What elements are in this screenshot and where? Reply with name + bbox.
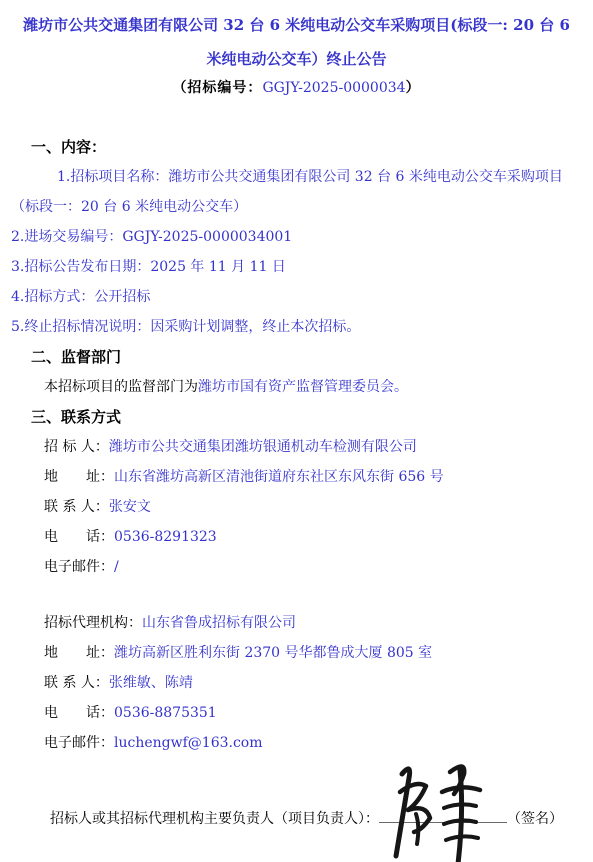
agency-row-contact-person: 联 系 人：张维敏、陈靖 (0, 668, 593, 698)
agency-address-value: 潍坊高新区胜利东街 2370 号华都鲁成大厦 805 室 (114, 645, 432, 661)
agency-name-value: 山东省鲁成招标有限公司 (142, 615, 296, 631)
tenderer-row-email: 电子邮件：/ (0, 552, 593, 582)
tender-number-code: GGJY-2025-0000034 (262, 80, 405, 96)
signature-line: 招标人或其招标代理机构主要负责人（项目负责人）：（签名） (0, 804, 593, 834)
signature-line-text: 招标人或其招标代理机构主要负责人（项目负责人）： (50, 811, 379, 827)
agency-address-label: 地 址： (44, 645, 114, 661)
supervision-text-black: 本招标项目的监督部门为 (44, 379, 198, 395)
tender-number-line: （招标编号：GGJY-2025-0000034） (0, 76, 593, 100)
agency-email-label: 电子邮件： (44, 735, 114, 751)
contact-blocks-divider (0, 582, 593, 608)
document-title: 潍坊市公共交通集团有限公司 32 台 6 米纯电动公交车采购项目(标段一: 20… (0, 0, 593, 76)
section-contact-heading: 三、联系方式 (0, 402, 593, 432)
tenderer-contact-label: 联 系 人： (44, 499, 109, 515)
tenderer-row-phone: 电 话：0536-8291323 (0, 522, 593, 552)
tenderer-name-value: 潍坊市公共交通集团潍坊银通机动车检测有限公司 (109, 439, 417, 455)
tenderer-row-contact-person: 联 系 人：张安文 (0, 492, 593, 522)
agency-contact-label: 联 系 人： (44, 675, 109, 691)
content-item-transaction-no: 2.进场交易编号：GGJY-2025-0000034001 (0, 222, 593, 252)
agency-name-label: 招标代理机构： (44, 615, 142, 631)
section-content-heading: 一、内容： (0, 132, 593, 162)
agency-row-email: 电子邮件：luchengwf@163.com (0, 728, 593, 758)
agency-row-name: 招标代理机构：山东省鲁成招标有限公司 (0, 608, 593, 638)
document-title-line1: 潍坊市公共交通集团有限公司 32 台 6 米纯电动公交车采购项目(标段一: 20… (0, 8, 593, 42)
tenderer-address-value: 山东省潍坊高新区清池街道府东社区东风东街 656 号 (114, 469, 444, 485)
content-item-project-name: 1.招标项目名称：潍坊市公共交通集团有限公司 32 台 6 米纯电动公交车采购项… (0, 162, 593, 222)
tenderer-contact-value: 张安文 (109, 499, 151, 515)
signature-blank-underline (379, 807, 507, 823)
announcement-document: 潍坊市公共交通集团有限公司 32 台 6 米纯电动公交车采购项目(标段一: 20… (0, 0, 593, 862)
tenderer-phone-value: 0536-8291323 (114, 529, 217, 545)
content-item-bid-method: 4.招标方式：公开招标 (0, 282, 593, 312)
content-item-termination-reason: 5.终止招标情况说明：因采购计划调整，终止本次招标。 (0, 312, 593, 342)
tenderer-email-value: / (114, 559, 119, 575)
tenderer-email-label: 电子邮件： (44, 559, 114, 575)
agency-row-address: 地 址：潍坊高新区胜利东街 2370 号华都鲁成大厦 805 室 (0, 638, 593, 668)
tenderer-row-name: 招 标 人：潍坊市公共交通集团潍坊银通机动车检测有限公司 (0, 432, 593, 462)
agency-email-value: luchengwf@163.com (114, 735, 263, 751)
tenderer-phone-label: 电 话： (44, 529, 114, 545)
supervision-paragraph: 本招标项目的监督部门为潍坊市国有资产监督管理委员会。 (0, 372, 593, 402)
agency-contact-value: 张维敏、陈靖 (109, 675, 193, 691)
tenderer-address-label: 地 址： (44, 469, 114, 485)
agency-phone-value: 0536-8875351 (114, 705, 217, 721)
tenderer-row-address: 地 址：山东省潍坊高新区清池街道府东社区东风东街 656 号 (0, 462, 593, 492)
tender-number-label: （招标编号： (172, 80, 262, 96)
tender-number-close: ） (406, 80, 421, 96)
content-item-publish-date: 3.招标公告发布日期：2025 年 11 月 11 日 (0, 252, 593, 282)
tenderer-name-label: 招 标 人： (44, 439, 109, 455)
agency-phone-label: 电 话： (44, 705, 114, 721)
supervision-department-name: 潍坊市国有资产监督管理委员会。 (198, 379, 408, 395)
section-supervision-heading: 二、监督部门 (0, 342, 593, 372)
signature-suffix-text: （签名） (507, 811, 563, 827)
agency-row-phone: 电 话：0536-8875351 (0, 698, 593, 728)
document-title-line2: 米纯电动公交车）终止公告 (0, 42, 593, 76)
